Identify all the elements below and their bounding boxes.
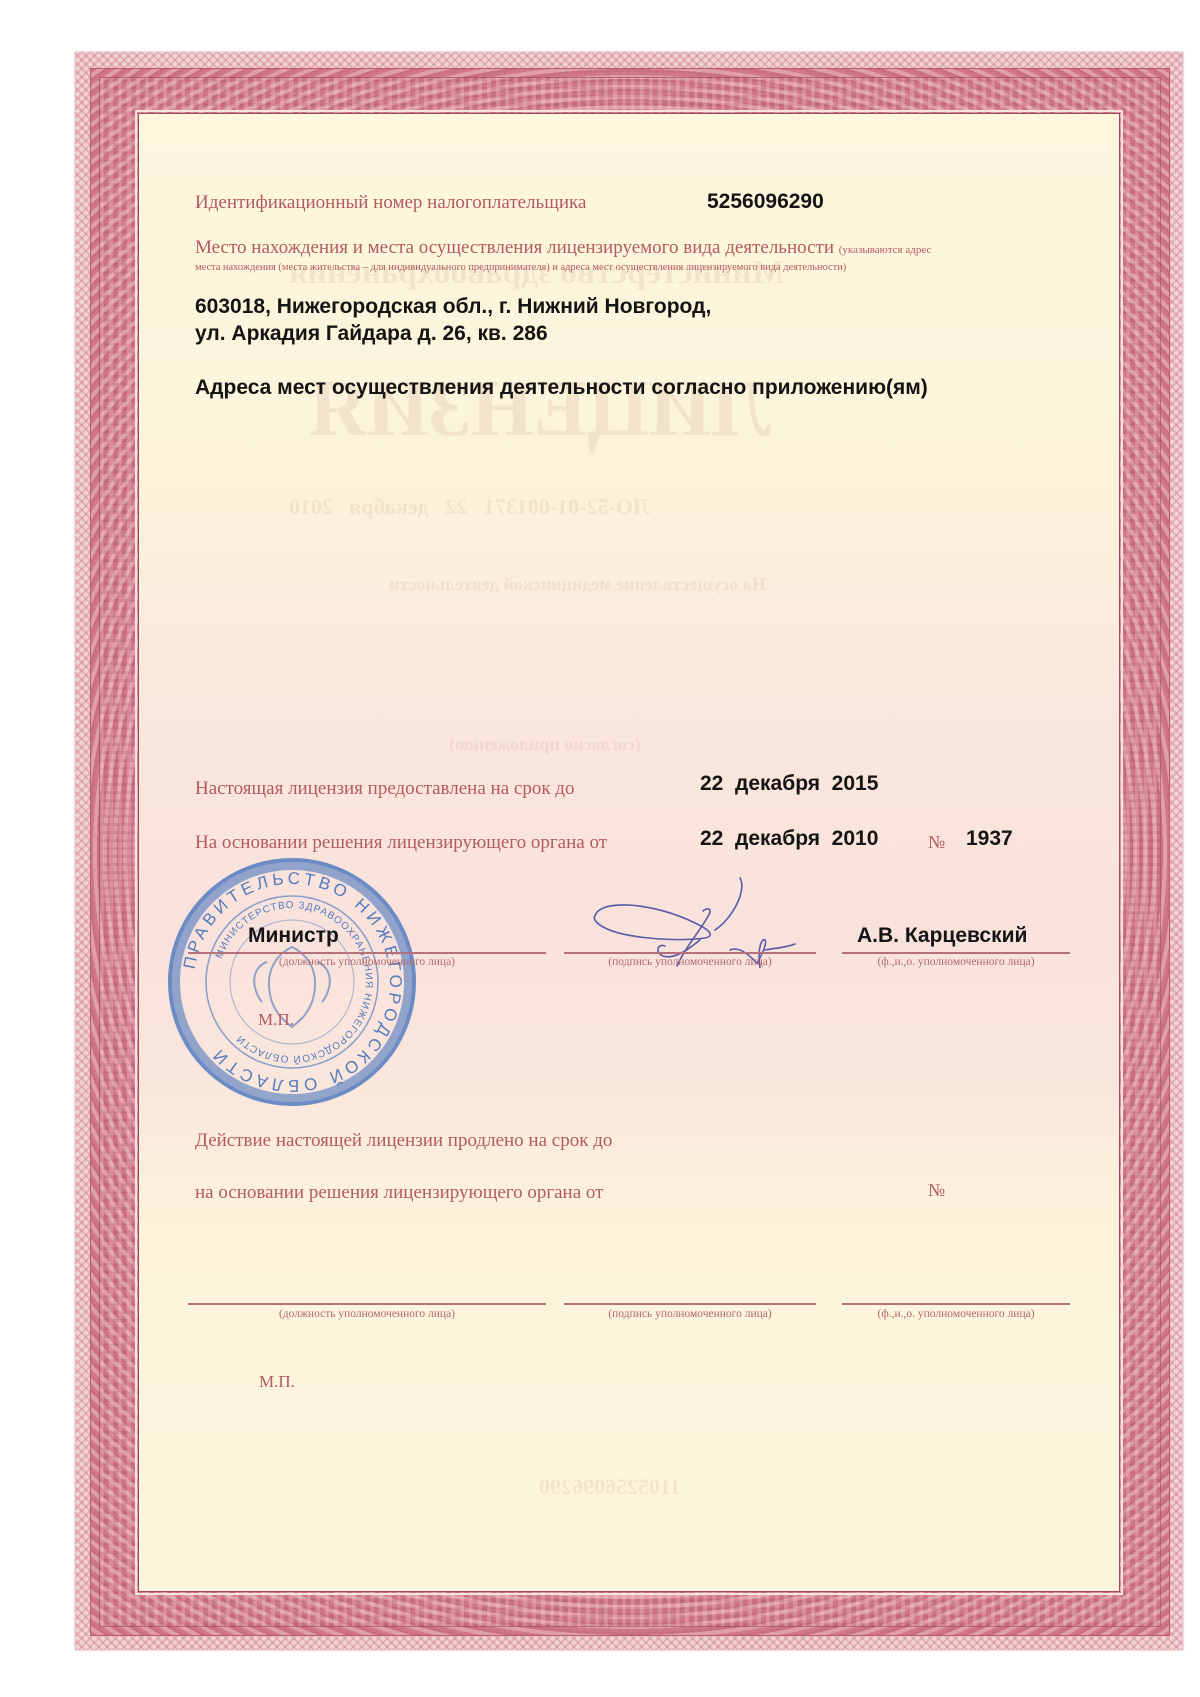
extension-seal-label: М.П. bbox=[259, 1372, 295, 1392]
term-value: 22 декабря 2015 bbox=[700, 772, 878, 796]
bleed-through-decor: Министерство здравоохранения bbox=[289, 254, 784, 292]
decision-date: 22 декабря 2010 bbox=[700, 827, 878, 851]
extension-position-line bbox=[188, 1303, 546, 1305]
position-signature-line bbox=[188, 952, 546, 954]
inn-value: 5256096290 bbox=[707, 190, 824, 214]
address-heading-note: (указываются адрес bbox=[839, 244, 932, 256]
address-heading-note-line2: места нахождения (места жительства – для… bbox=[195, 262, 846, 273]
extension-caption-position: (должность уполномоченного лица) bbox=[188, 1308, 546, 1320]
term-label: Настоящая лицензия предоставлена на срок… bbox=[195, 778, 574, 800]
number-sign: № bbox=[928, 832, 945, 853]
address-line-1: 603018, Нижегородская обл., г. Нижний Но… bbox=[195, 295, 711, 319]
seal-graphic: ПРАВИТЕЛЬСТВО НИЖЕГОРОДСКОЙ ОБЛАСТИ МИНИ… bbox=[172, 862, 412, 1102]
bleed-through-decor: (согласно приложению) bbox=[449, 734, 641, 755]
address-heading-text: Место нахождения и места осуществления л… bbox=[195, 237, 834, 258]
extension-caption-name: (ф.,и.,о. уполномоченного лица) bbox=[842, 1308, 1070, 1320]
signatory-position: Министр bbox=[248, 924, 339, 948]
extension-name-line bbox=[842, 1303, 1070, 1305]
decision-number: 1937 bbox=[966, 827, 1013, 851]
address-line-2: ул. Аркадия Гайдара д. 26, кв. 286 bbox=[195, 322, 548, 346]
address-heading: Место нахождения и места осуществления л… bbox=[195, 237, 931, 259]
bleed-through-decor: На осуществление медицинской деятельност… bbox=[389, 574, 766, 595]
extension-caption-signature: (подпись уполномоченного лица) bbox=[564, 1308, 816, 1320]
signature-line bbox=[564, 952, 816, 954]
name-signature-line bbox=[842, 952, 1070, 954]
caption-name: (ф.,и.,о. уполномоченного лица) bbox=[842, 956, 1070, 968]
bleed-through-decor: 1105256096290 bbox=[539, 1474, 681, 1500]
decision-label: На основании решения лицензирующего орга… bbox=[195, 832, 607, 854]
caption-position: (должность уполномоченного лица) bbox=[188, 956, 546, 968]
extension-number-sign: № bbox=[928, 1180, 945, 1201]
extension-decision-label: на основании решения лицензирующего орга… bbox=[195, 1182, 603, 1204]
official-seal-stamp: ПРАВИТЕЛЬСТВО НИЖЕГОРОДСКОЙ ОБЛАСТИ МИНИ… bbox=[168, 858, 416, 1106]
signatory-name: А.В. Карцевский bbox=[857, 924, 1027, 948]
bleed-through-decor: ЛО-52-01-001371 22 декабря 2010 bbox=[289, 494, 649, 520]
activity-addresses: Адреса мест осуществления деятельности с… bbox=[195, 376, 928, 400]
extension-signature-line bbox=[564, 1303, 816, 1305]
seal-label: М.П. bbox=[258, 1010, 294, 1030]
caption-signature: (подпись уполномоченного лица) bbox=[564, 956, 816, 968]
extension-term-label: Действие настоящей лицензии продлено на … bbox=[195, 1130, 612, 1152]
inn-label: Идентификационный номер налогоплательщик… bbox=[195, 192, 586, 214]
